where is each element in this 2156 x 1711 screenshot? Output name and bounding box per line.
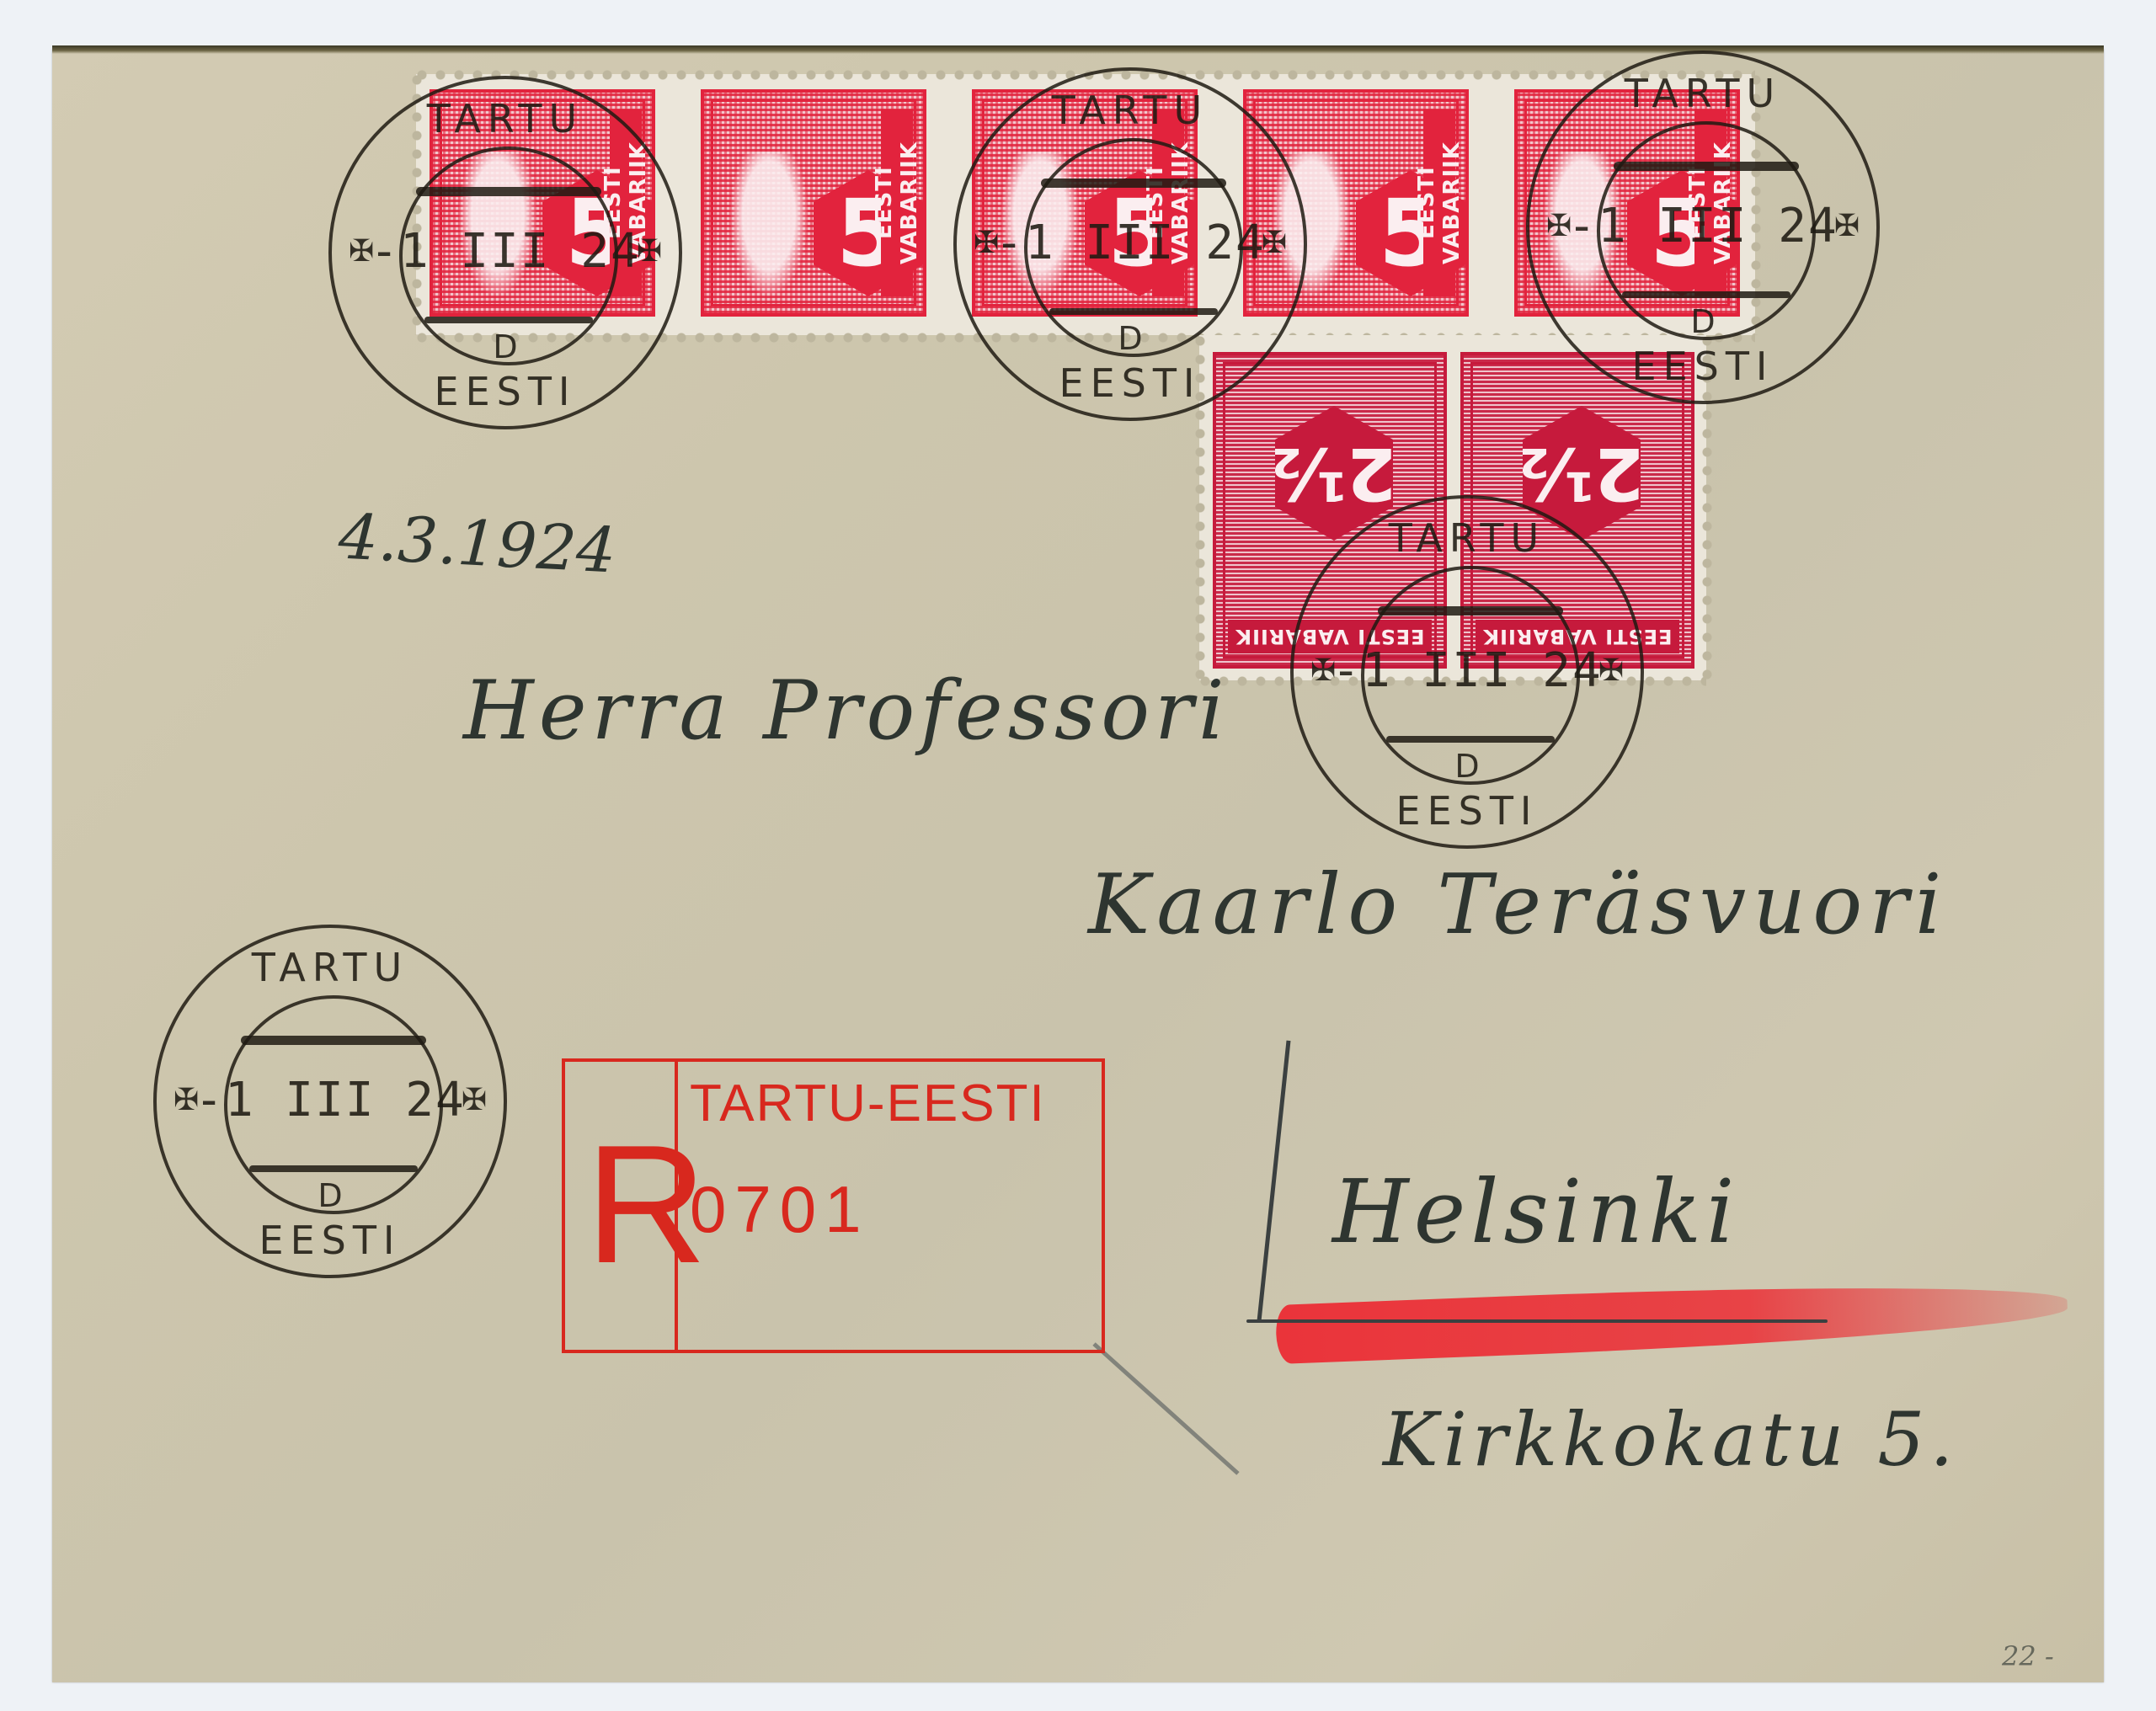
- ink-underline: [1246, 1319, 1828, 1323]
- registration-letter: R: [585, 1121, 707, 1289]
- postmark-bar: [416, 187, 601, 196]
- postmark-country: EESTI: [157, 1218, 504, 1263]
- postmark-country: EESTI: [957, 360, 1304, 406]
- cross-icon: ✠: [1546, 209, 1572, 243]
- stamp-5-marka: 5 EESTI VABARIIK: [701, 89, 926, 317]
- registration-office: TARTU-EESTI: [690, 1074, 1046, 1133]
- postmark-tartu: TARTU -1 III 24 D EESTI ✠ ✠: [153, 925, 507, 1278]
- cross-icon: ✠: [1262, 226, 1287, 260]
- postmark-letter: D: [157, 1177, 504, 1214]
- cross-icon: ✠: [462, 1083, 487, 1117]
- postmark-bar: [1041, 179, 1226, 188]
- blacksmith-figure-icon: [723, 152, 815, 312]
- postmark-tartu: TARTU -1 III 24 D EESTI ✠ ✠: [1290, 495, 1644, 849]
- cross-icon: ✠: [1598, 653, 1624, 688]
- postmark-bar: [1386, 736, 1555, 743]
- cross-icon: ✠: [974, 226, 999, 260]
- handwritten-date: 4.3.1924: [337, 500, 618, 587]
- handwritten-city: Helsinki: [1332, 1160, 1739, 1263]
- handwritten-street: Kirkkokatu 5.: [1383, 1396, 1958, 1483]
- postmark-bar: [424, 317, 593, 323]
- postmark-bar: [241, 1036, 426, 1045]
- postmark-letter: D: [1529, 303, 1876, 340]
- cross-icon: ✠: [637, 234, 662, 269]
- cross-icon: ✠: [173, 1083, 199, 1117]
- postmark-date: -1 III 24: [332, 224, 679, 279]
- postmark-date: -1 III 24: [957, 216, 1304, 270]
- cross-icon: ✠: [1310, 653, 1336, 688]
- stamp-legend: EESTI VABARIIK: [1423, 109, 1455, 296]
- handwritten-salutation: Herra Professori: [463, 664, 1230, 758]
- postmark-town: TARTU: [1294, 515, 1641, 561]
- stamp-legend: EESTI VABARIIK: [881, 109, 913, 296]
- postmark-tartu: TARTU -1 III 24 D EESTI ✠ ✠: [328, 76, 682, 429]
- handwritten-recipient-name: Kaarlo Teräsvuori: [1088, 857, 1948, 953]
- pencil-mark: [1092, 1342, 1239, 1475]
- postmark-bar: [1378, 606, 1563, 616]
- registration-label: R TARTU-EESTI 0701: [562, 1058, 1105, 1353]
- postmark-letter: D: [1294, 748, 1641, 785]
- cross-icon: ✠: [1834, 209, 1860, 243]
- ink-bracket-line: [1257, 1041, 1291, 1322]
- registration-number: 0701: [690, 1171, 870, 1248]
- postmark-tartu: TARTU -1 III 24 D EESTI ✠ ✠: [953, 67, 1307, 421]
- postmark-country: EESTI: [1294, 788, 1641, 834]
- postmark-tartu: TARTU -1 III 24 D EESTI ✠ ✠: [1526, 51, 1880, 404]
- postmark-bar: [1622, 291, 1790, 298]
- postmark-date: -1 III 24: [1529, 199, 1876, 253]
- postmark-bar: [249, 1165, 418, 1172]
- postmark-bar: [1049, 308, 1218, 315]
- postmark-town: TARTU: [157, 945, 504, 990]
- postmark-letter: D: [957, 320, 1304, 357]
- cross-icon: ✠: [349, 234, 374, 269]
- envelope: 5 EESTI VABARIIK 5 EESTI VABARIIK 5 EEST…: [52, 49, 2104, 1682]
- postmark-letter: D: [332, 328, 679, 365]
- pencil-note: 22 -: [2002, 1640, 2054, 1672]
- postmark-country: EESTI: [332, 369, 679, 414]
- postmark-date: -1 III 24: [1294, 643, 1641, 698]
- postmark-town: TARTU: [332, 96, 679, 141]
- postmark-town: TARTU: [957, 88, 1304, 133]
- postmark-bar: [1614, 162, 1799, 171]
- postmark-country: EESTI: [1529, 344, 1876, 389]
- postmark-town: TARTU: [1529, 71, 1876, 116]
- postmark-date: -1 III 24: [157, 1073, 504, 1127]
